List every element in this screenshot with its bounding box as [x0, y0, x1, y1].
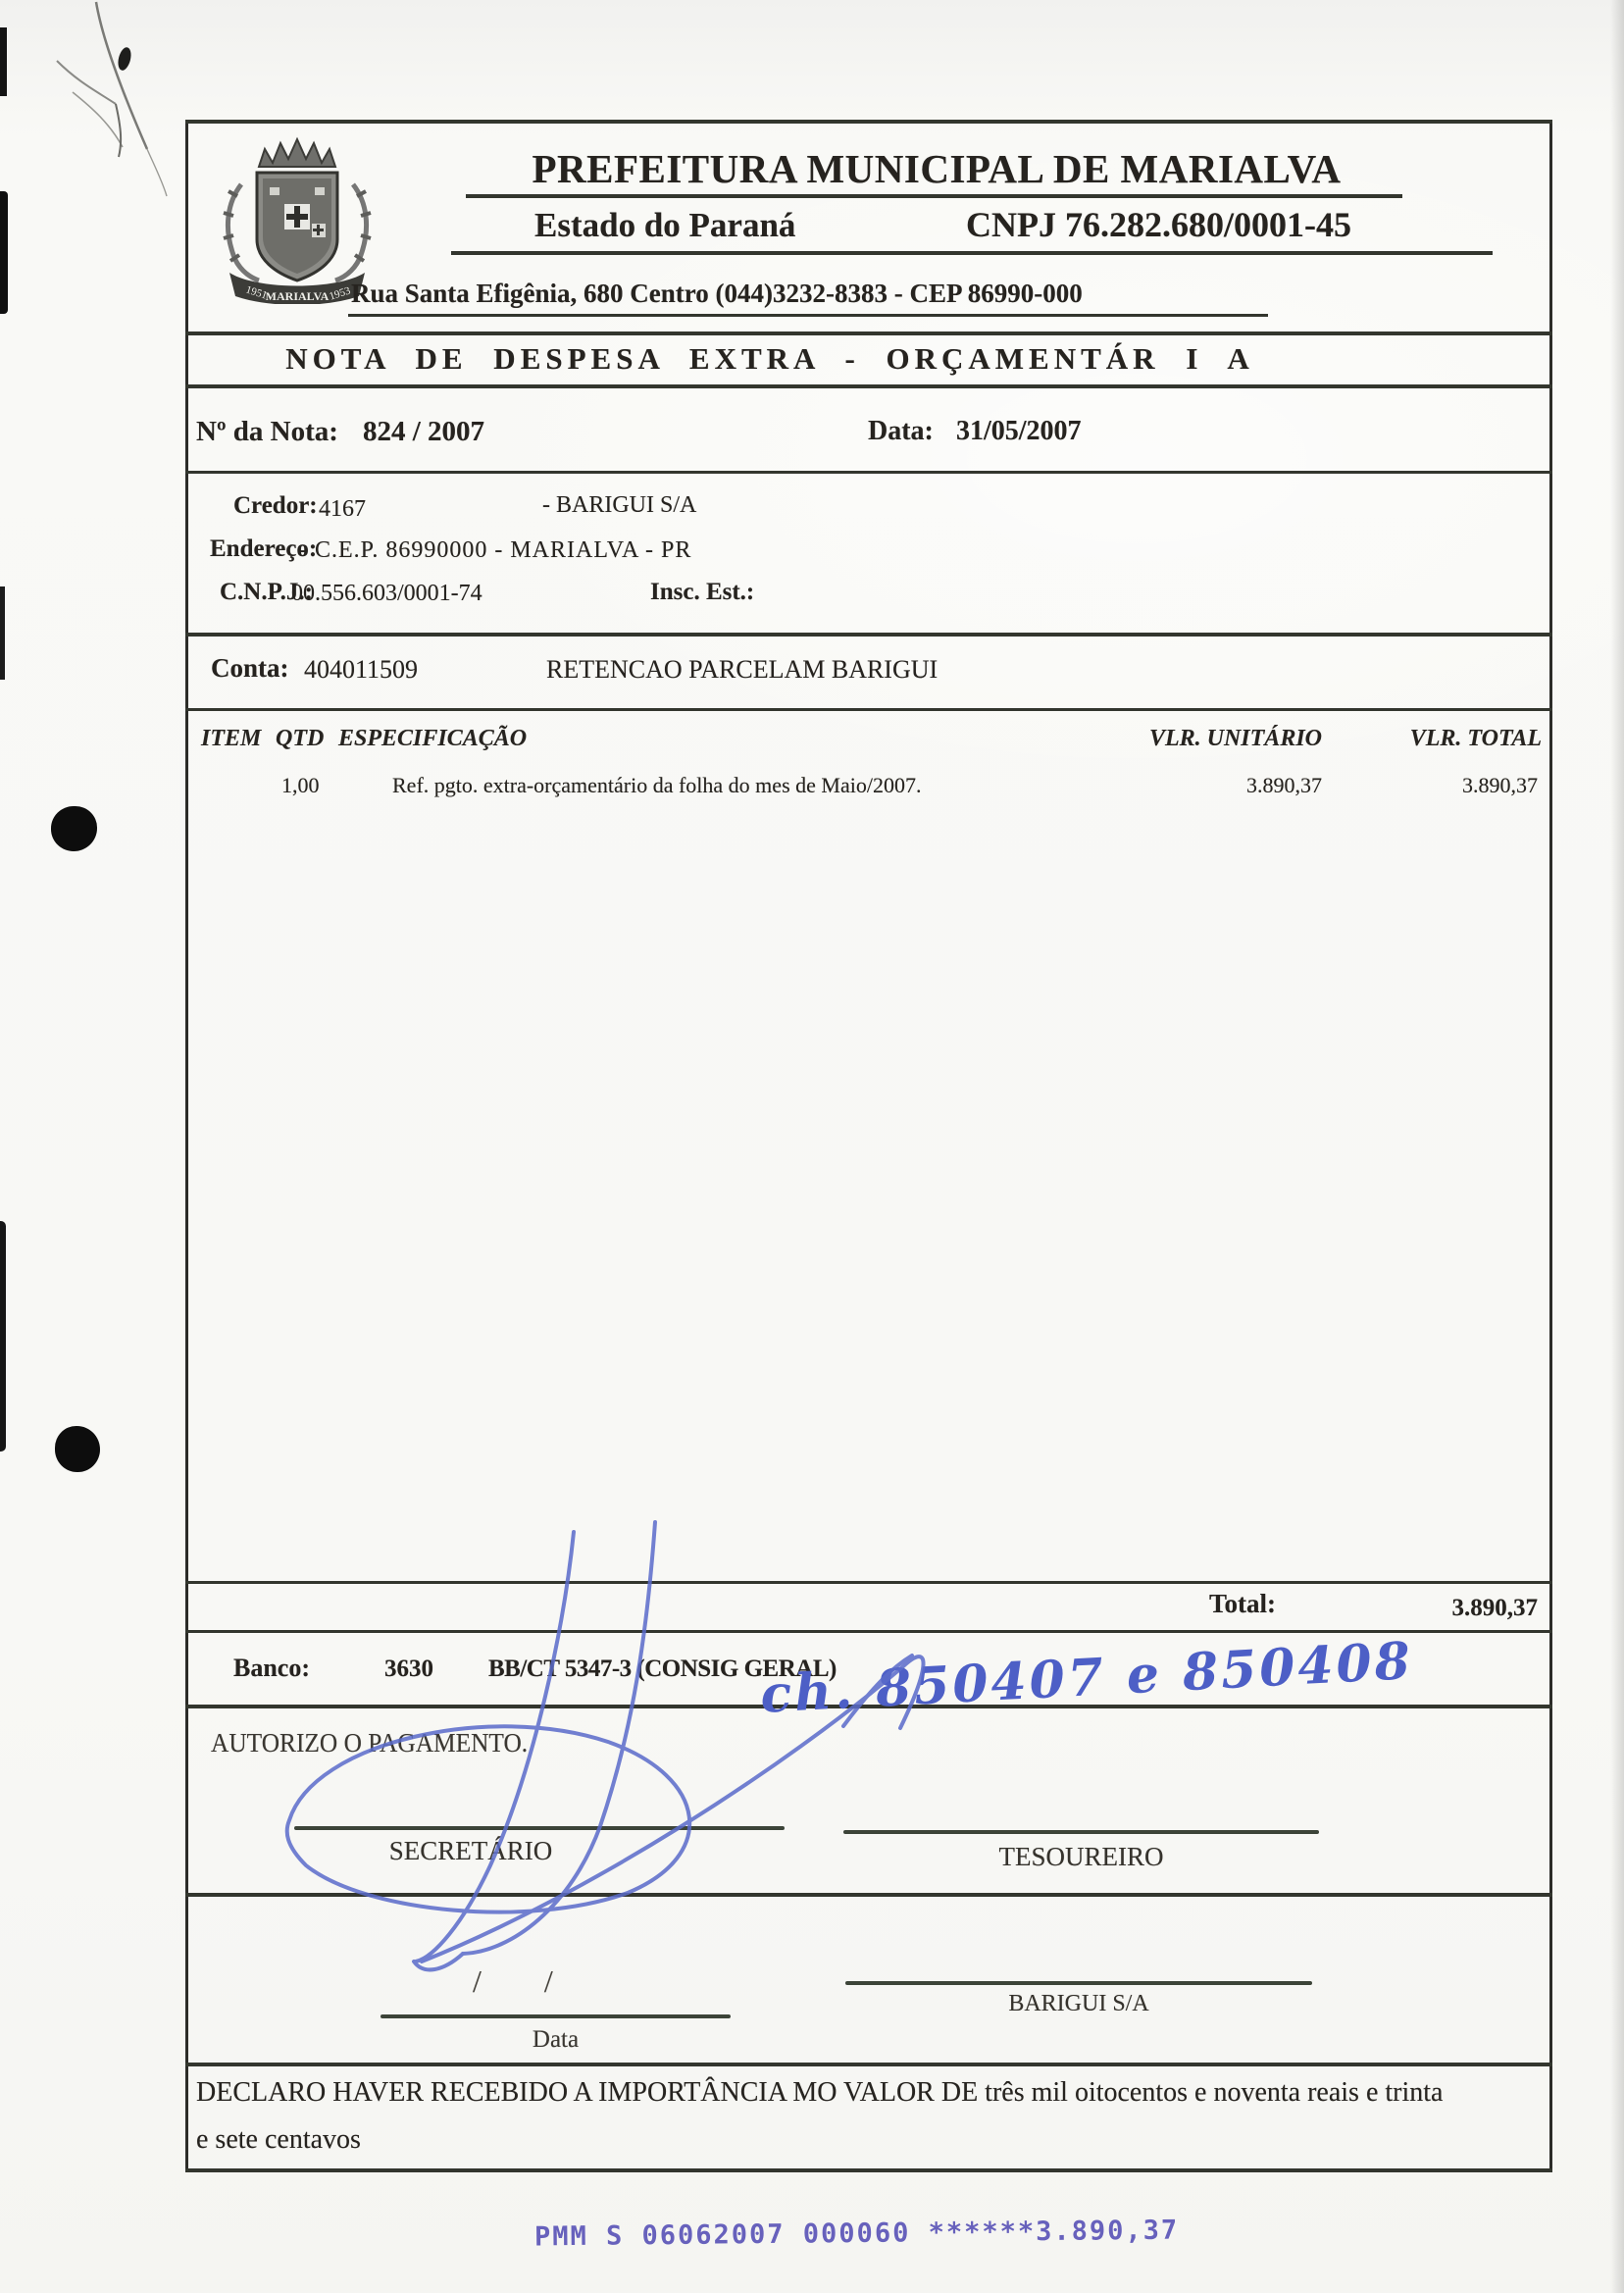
- insc-est-label: Insc. Est.:: [650, 579, 754, 606]
- doc-border-top: [185, 120, 1552, 124]
- item-vlr-unitario: 3.890,37: [1126, 773, 1322, 798]
- cnpj-header: CNPJ 76.282.680/0001-45: [966, 204, 1351, 245]
- date-slashes: / /: [473, 1963, 553, 2000]
- conta-name: RETENCAO PARCELAM BARIGUI: [546, 655, 938, 685]
- total-top-rule: [185, 1581, 1552, 1584]
- document-title: NOTA DE DESPESA EXTRA - ORÇAMENTÁR I A: [186, 341, 1353, 377]
- scan-edge-artifact: [0, 1221, 6, 1452]
- credor-name: - BARIGUI S/A: [542, 492, 696, 519]
- section-rule-declaration: [185, 2063, 1552, 2066]
- scanned-expense-note: 1951 MARIALVA 1953 PREFEITURA MUNICIPAL …: [0, 0, 1624, 2293]
- validation-stamp: PMM S 06062007 000060 ******3.890,37: [534, 2216, 1179, 2253]
- total-bottom-rule: [185, 1630, 1552, 1633]
- state-cnpj-underline: [451, 251, 1493, 255]
- section-rule-signatures: [185, 1893, 1552, 1897]
- cnpj-value: 00.556.603/0001-74: [291, 581, 482, 607]
- note-date-label: Data:: [868, 416, 934, 447]
- note-number-label: Nº da Nota:: [196, 416, 338, 448]
- declaration-line2: e sete centavos: [196, 2124, 361, 2156]
- item-qtd: 1,00: [281, 773, 320, 798]
- hole-punch: [55, 1426, 100, 1472]
- banco-code: 3630: [384, 1656, 433, 1683]
- address-underline: [348, 314, 1268, 317]
- endereco-value: - C.E.P. 86990000 - MARIALVA - PR: [299, 537, 691, 564]
- date-line: [381, 2014, 731, 2018]
- secretary-label: SECRETÁRIO: [294, 1836, 647, 1866]
- account-bottom-rule: [185, 708, 1552, 711]
- secretary-signature-line: [294, 1826, 785, 1830]
- title-bar-bottom-rule: [185, 384, 1552, 388]
- hole-punch: [51, 806, 97, 851]
- col-header-item: ITEM: [201, 726, 261, 752]
- col-header-vlr-total: VLR. TOTAL: [1353, 726, 1542, 752]
- treasurer-label: TESOUREIRO: [843, 1842, 1319, 1872]
- state-label: Estado do Paraná: [534, 206, 795, 245]
- credor-code: 4167: [319, 496, 366, 523]
- note-date-value: 31/05/2007: [956, 416, 1082, 447]
- doc-border-left: [185, 120, 188, 2172]
- company-label: BARIGUI S/A: [845, 1991, 1312, 2017]
- conta-label: Conta:: [211, 653, 289, 684]
- authorization-text: AUTORIZO O PAGAMENTO.: [211, 1728, 528, 1758]
- doc-border-bottom: [185, 2168, 1552, 2172]
- address-line: Rua Santa Efigênia, 680 Centro (044)3232…: [351, 279, 1083, 309]
- handwritten-cheque-note: ch. 850407 e 850408: [759, 1626, 1506, 1725]
- org-name-underline: [466, 194, 1402, 198]
- banco-label: Banco:: [233, 1654, 310, 1683]
- scan-edge-artifact: [0, 586, 5, 680]
- col-header-vlr-unitario: VLR. UNITÁRIO: [1096, 726, 1322, 752]
- account-top-rule: [185, 633, 1552, 637]
- company-signature-line: [845, 1981, 1312, 1985]
- credor-label: Credor:: [233, 492, 318, 520]
- logo-name: MARIALVA: [266, 289, 330, 303]
- col-header-qtd: QTD: [276, 726, 324, 752]
- doc-border-right: [1549, 120, 1552, 2172]
- scan-edge-shadow-right: [1610, 0, 1624, 2293]
- note-number-value: 824 / 2007: [363, 416, 484, 448]
- title-bar-top-rule: [185, 331, 1552, 335]
- declaration-line1: DECLARO HAVER RECEBIDO A IMPORTÂNCIA MO …: [196, 2077, 1545, 2109]
- item-espec: Ref. pgto. extra-orçamentário da folha d…: [392, 773, 921, 798]
- col-header-espec: ESPECIFICAÇÃO: [338, 726, 527, 752]
- total-label: Total:: [1209, 1589, 1276, 1619]
- date-label: Data: [381, 2026, 731, 2054]
- item-vlr-total: 3.890,37: [1342, 773, 1538, 798]
- total-value: 3.890,37: [1342, 1595, 1538, 1622]
- note-row-rule: [185, 471, 1552, 474]
- conta-code: 404011509: [304, 655, 418, 685]
- treasurer-signature-line: [843, 1830, 1319, 1834]
- org-name: PREFEITURA MUNICIPAL DE MARIALVA: [461, 145, 1412, 192]
